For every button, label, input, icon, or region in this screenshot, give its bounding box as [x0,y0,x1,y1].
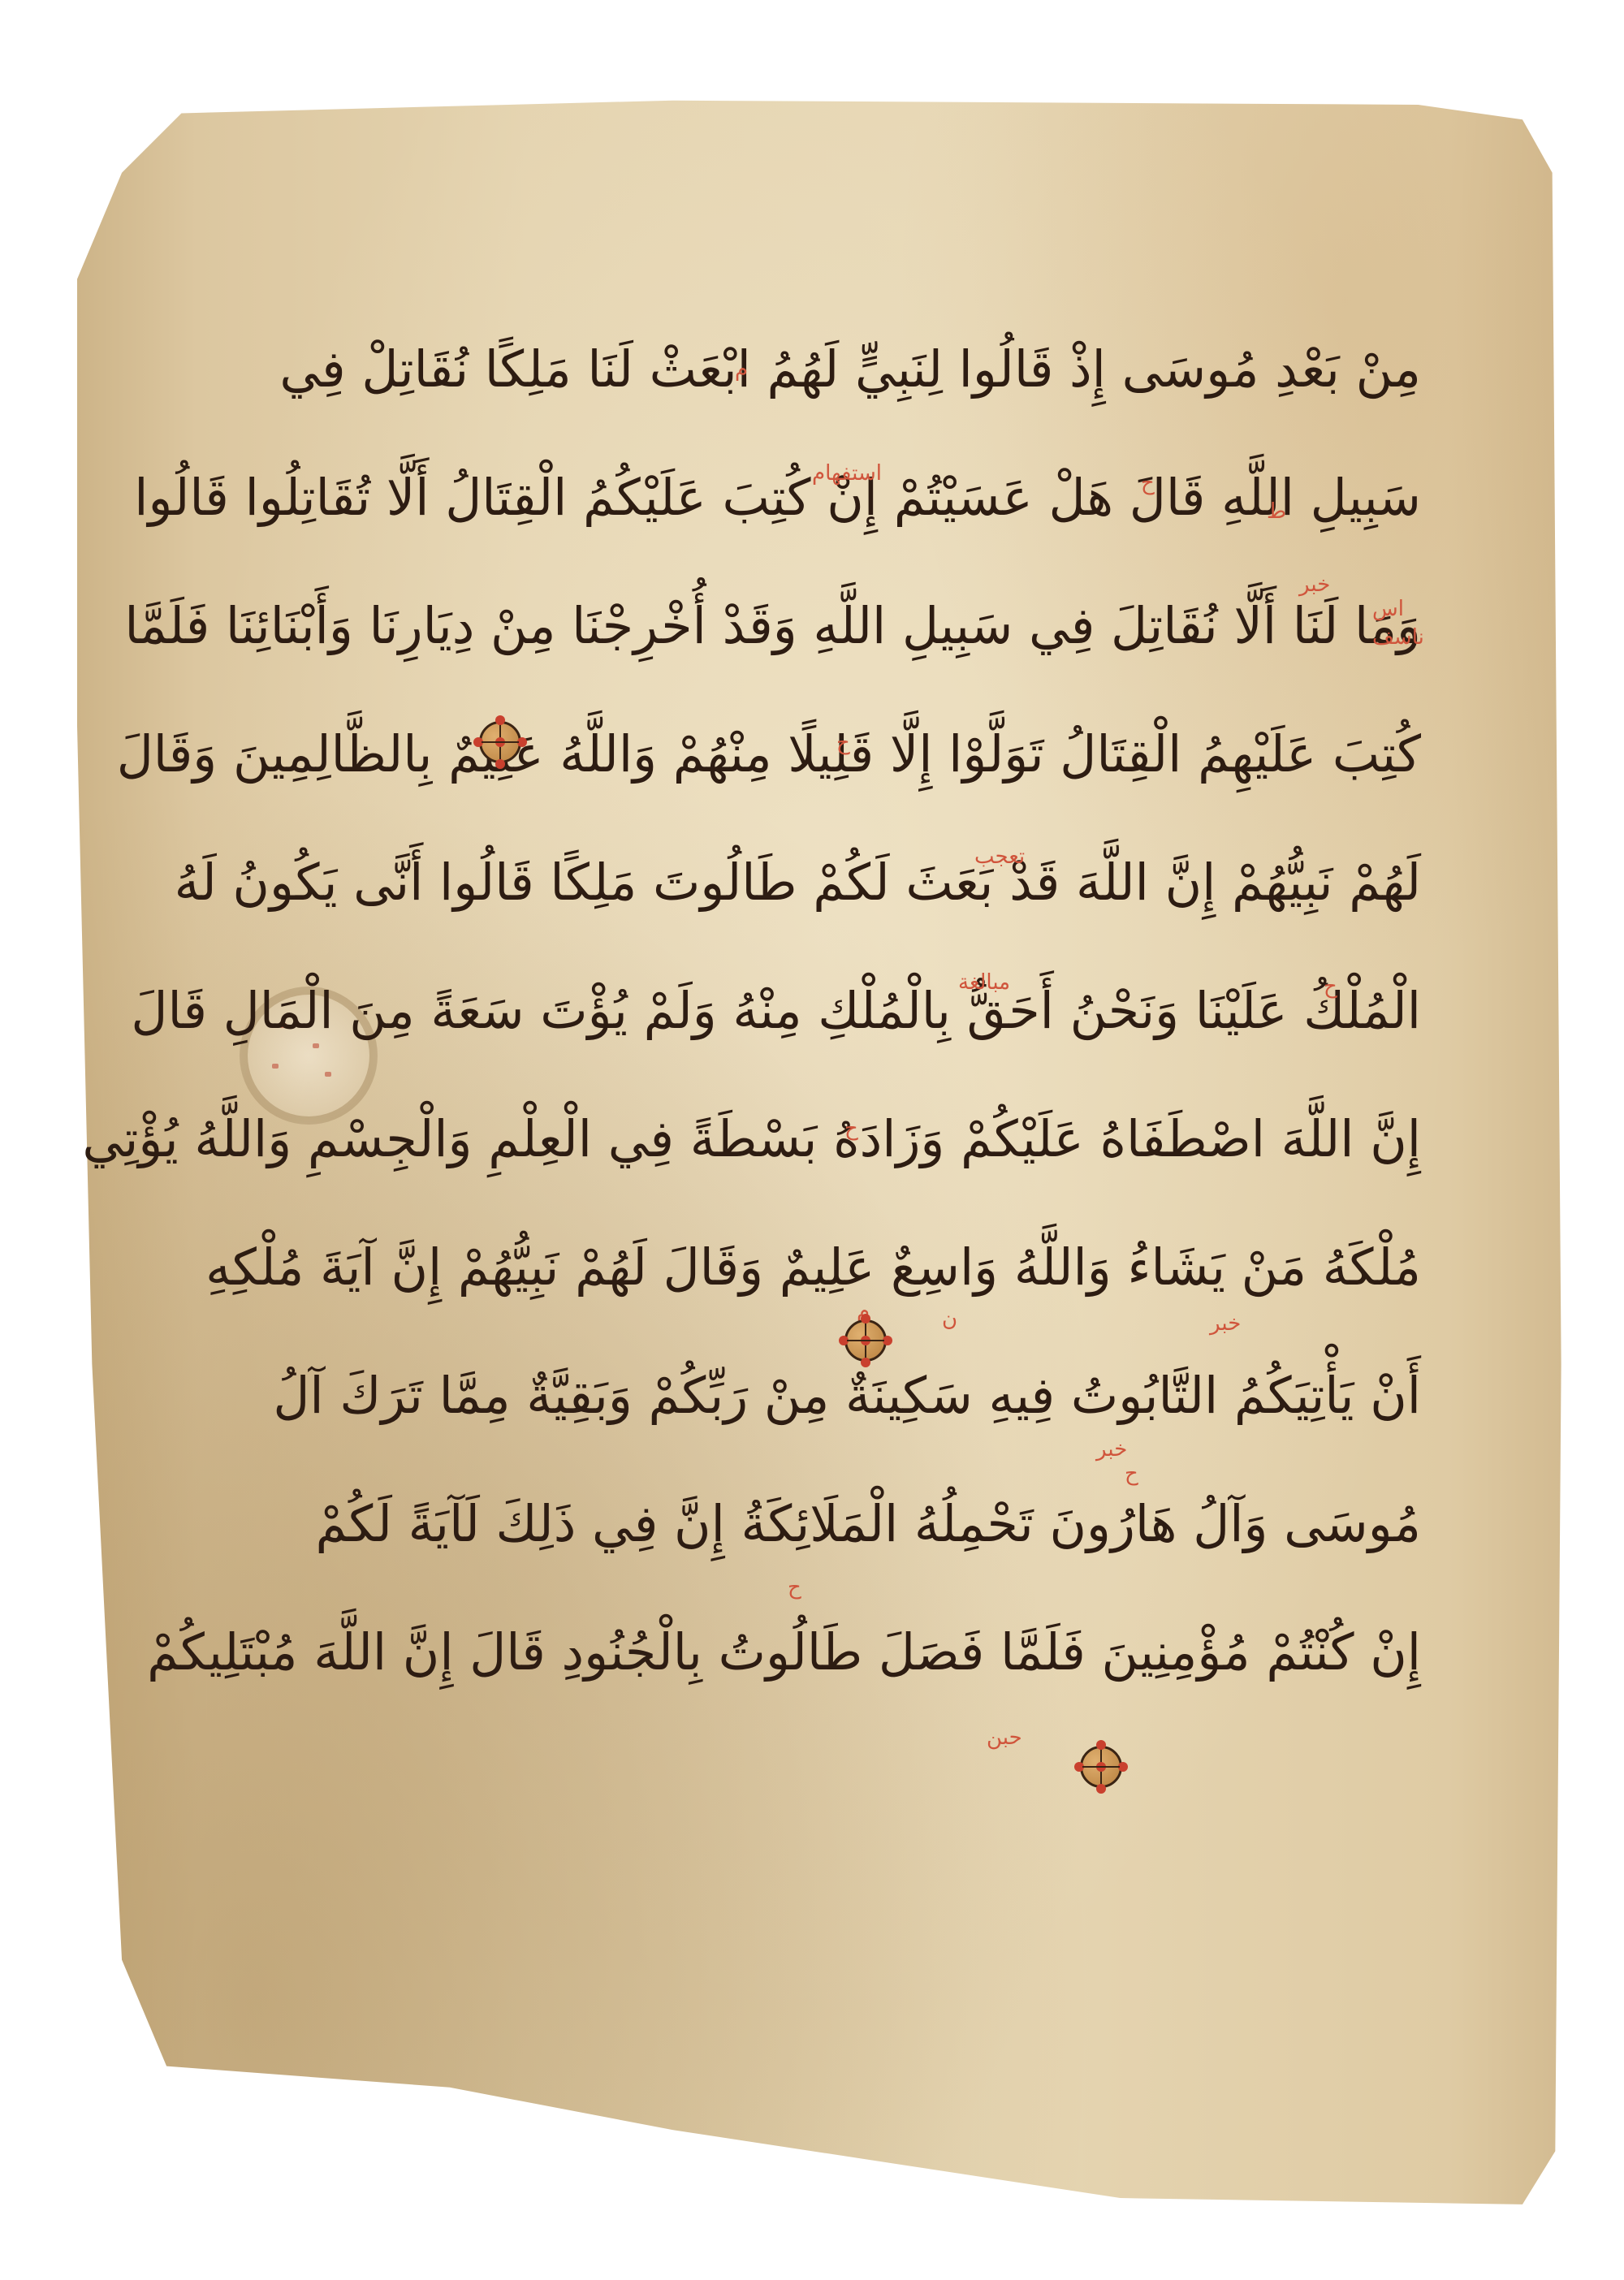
verse-rosette-icon [1080,1746,1122,1788]
verse-rosette-icon [479,721,521,763]
red-pigment-fleck [272,1064,279,1069]
annotation-istifham: استفهام [812,461,882,486]
text-line-9: أَنْ يَأْتِيَكُمُ التَّابُوتُ فِيهِ سَكِ… [422,1351,1421,1440]
text-line-1: مِنْ بَعْدِ مُوسَى إِذْ قَالُوا لِنَبِيٍ… [422,325,1421,414]
text-line-11: إِنْ كُنْتُمْ مُؤْمِنِينَ فَلَمَّا فَصَل… [422,1608,1421,1697]
annotation-ha: ح [844,1116,858,1141]
text-line-7: إِنَّ اللَّهَ اصْطَفَاهُ عَلَيْكُمْ وَزَ… [422,1095,1421,1184]
annotation-khabar: خبر [1096,1437,1127,1462]
text-line-3: وَمَا لَنَا أَلَّا نُقَاتِلَ فِي سَبِيلِ… [422,581,1421,671]
text-line-6: الْمُلْكُ عَلَيْنَا وَنَحْنُ أَحَقُّ بِا… [422,966,1421,1056]
annotation-ha: ح [1125,1462,1138,1486]
red-pigment-fleck [325,1072,331,1077]
annotation-ha: ح [836,731,850,755]
text-line-8: مُلْكَهُ مَنْ يَشَاءُ وَاللَّهُ وَاسِعٌ … [422,1223,1421,1312]
text-line-5: لَهُمْ نَبِيُّهُمْ إِنَّ اللَّهَ قَدْ بَ… [422,838,1421,927]
annotation-nun: ن [942,1307,957,1332]
annotation-ha: ح [1324,974,1337,999]
annotation-nasif: ناسف [1372,625,1424,650]
annotation-hibn: حبن [987,1725,1022,1750]
annotation-khabar: خبر [1210,1311,1241,1336]
annotation-ta: ط [1267,499,1286,524]
text-line-4: كُتِبَ عَلَيْهِمُ الْقِتَالُ تَوَلَّوْا … [422,710,1421,799]
annotation-mubalagha: مبالغة [958,970,1010,995]
text-line-10: مُوسَى وَآلُ هَارُونَ تَحْمِلُهُ الْمَلَ… [422,1479,1421,1569]
annotation-khabar: خبر [1299,572,1330,597]
verse-rosette-icon [844,1319,887,1362]
annotation-as: اس [1372,597,1404,621]
annotation-ha: ح [1141,471,1155,495]
annotation-ha: ح [788,1575,801,1600]
annotation-taajjub: تعجب [974,844,1025,869]
annotation-mim: م [735,357,748,382]
text-line-2: سَبِيلِ اللَّهِ قَالَ هَلْ عَسَيْتُمْ إِ… [422,453,1421,542]
